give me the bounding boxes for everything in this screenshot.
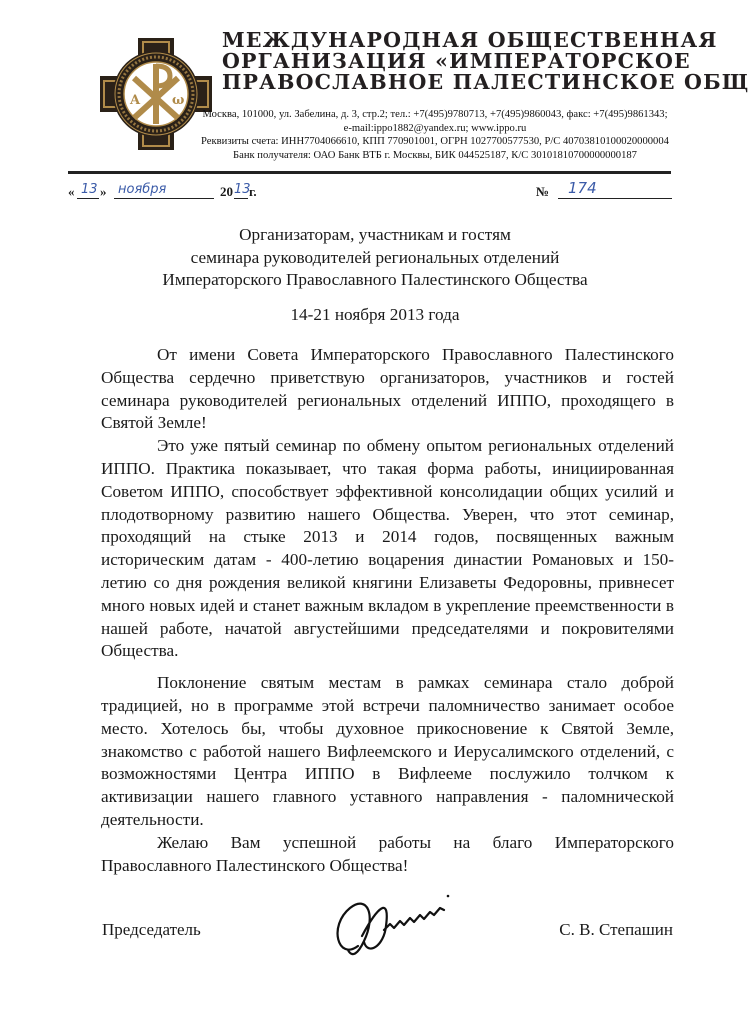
body-paragraph: Поклонение святым местам в рамках семина… xyxy=(101,672,674,832)
org-title-line: Православное Палестинское общество» xyxy=(222,72,672,93)
year-prefix: 20 xyxy=(220,184,233,200)
close-quote: » xyxy=(100,184,107,200)
date-number-line: « 13 » ноября 20 13 г. № 174 xyxy=(68,180,672,202)
year-unit: г. xyxy=(249,184,257,200)
event-dates: 14-21 ноября 2013 года xyxy=(0,305,750,325)
number-field: 174 xyxy=(558,180,672,199)
letterhead-divider xyxy=(68,171,671,174)
body-paragraph: Желаю Вам успешной работы на благо Импер… xyxy=(101,832,674,878)
body-paragraph: От имени Совета Императорского Православ… xyxy=(101,344,674,435)
signatory-name: С. В. Степашин xyxy=(559,920,673,940)
email-web-line: e-mail:ippo1882@yandex.ru; www.ippo.ru xyxy=(190,122,680,136)
body-paragraph: Это уже пятый семинар по обмену опытом р… xyxy=(101,435,674,663)
year-field: 13 xyxy=(234,180,248,199)
month-value: ноября xyxy=(118,182,166,197)
addressee-line: семинара руководителей региональных отде… xyxy=(0,247,750,270)
svg-text:Α: Α xyxy=(129,93,141,108)
number-value: 174 xyxy=(568,179,597,197)
letter-page: Α ω Международная общественная организац… xyxy=(0,0,750,1031)
svg-text:ω: ω xyxy=(172,93,184,108)
organization-contacts: Москва, 101000, ул. Забелина, д. 3, стр.… xyxy=(190,108,680,162)
address-phone-line: Москва, 101000, ул. Забелина, д. 3, стр.… xyxy=(190,108,680,122)
letter-body: От имени Совета Императорского Православ… xyxy=(101,344,674,877)
addressee-line: Организаторам, участникам и гостям xyxy=(0,224,750,247)
number-label: № xyxy=(536,184,549,200)
signatory-position: Председатель xyxy=(102,920,201,940)
day-value: 13 xyxy=(81,182,98,197)
month-field: ноября xyxy=(114,180,214,199)
addressee-block: Организаторам, участникам и гостям семин… xyxy=(0,224,750,292)
org-title-line: Международная общественная xyxy=(222,30,672,51)
day-field: 13 xyxy=(77,180,99,199)
addressee-line: Императорского Православного Палестинско… xyxy=(0,269,750,292)
bank-recipient-line: Банк получателя: ОАО Банк ВТБ г. Москвы,… xyxy=(190,149,680,163)
open-quote: « xyxy=(68,184,75,200)
bank-account-line: Реквизиты счета: ИНН7704066610, КПП 7709… xyxy=(190,135,680,149)
org-title-line: организация «Императорское xyxy=(222,51,672,72)
organization-title: Международная общественная организация «… xyxy=(222,30,672,93)
handwritten-signature-icon xyxy=(328,886,458,966)
